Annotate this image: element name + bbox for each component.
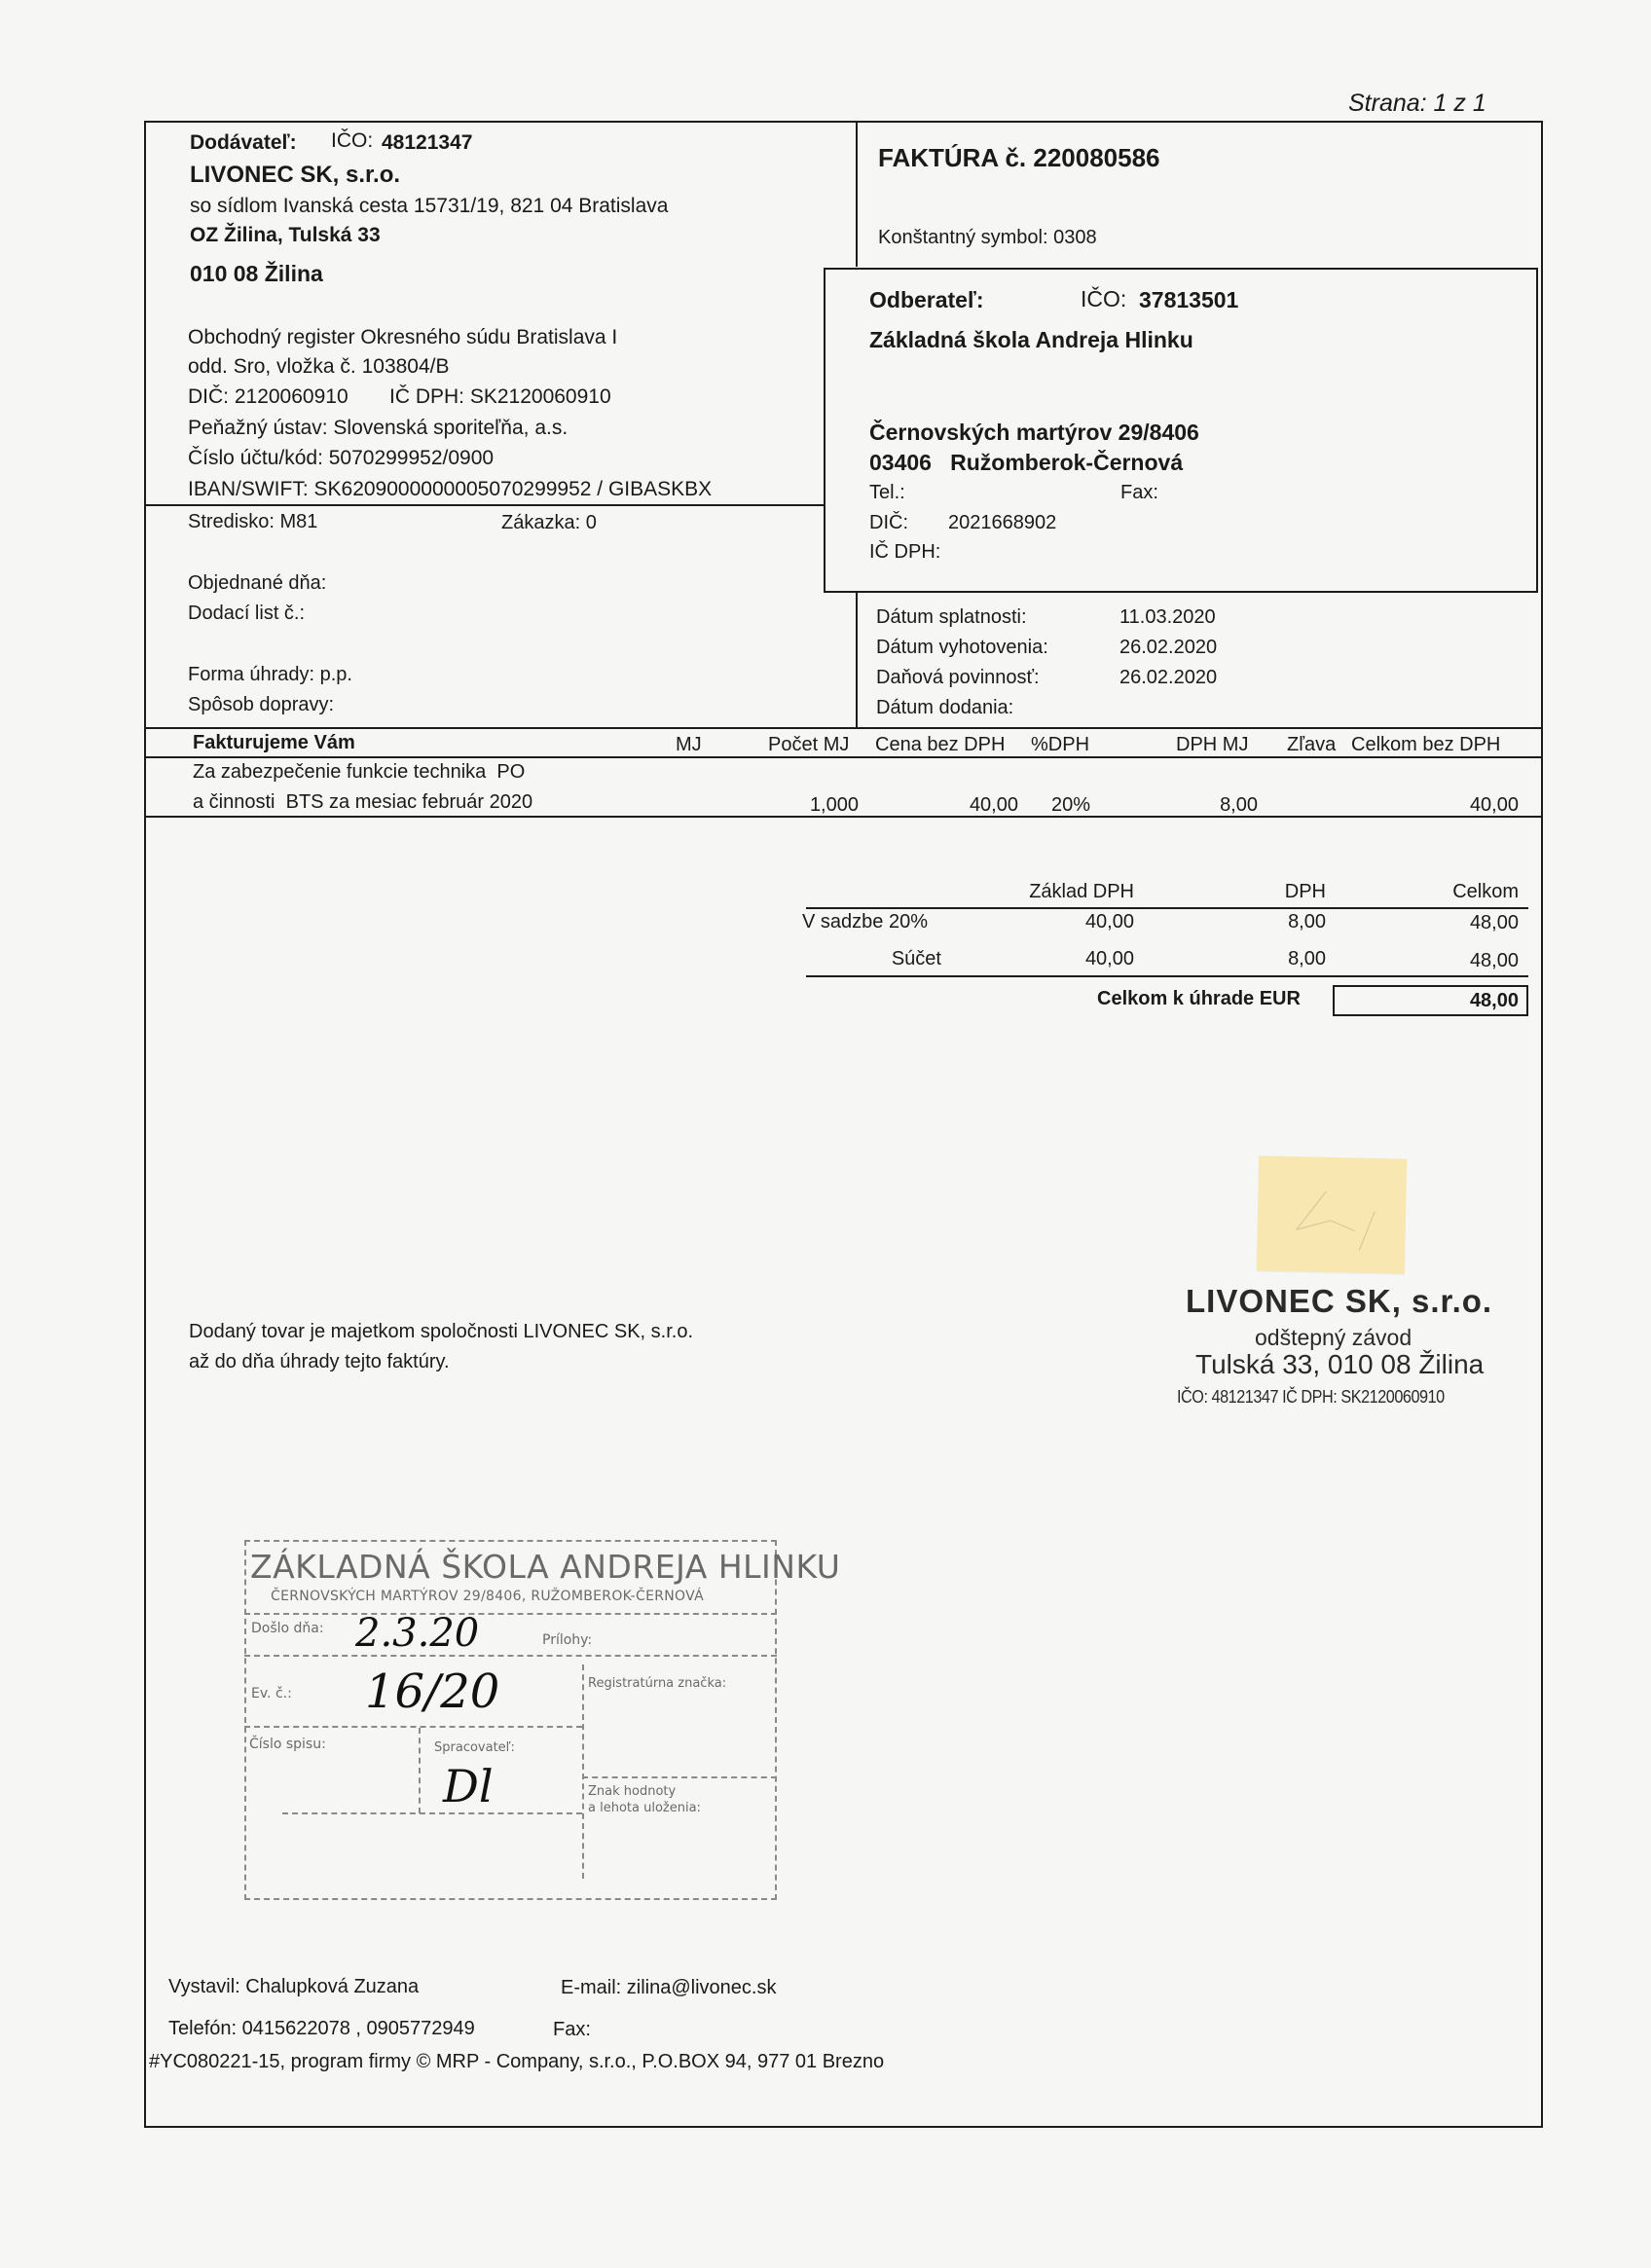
- supplier-account: Číslo účtu/kód: 5070299952/0900: [188, 448, 494, 468]
- date-value-1: 26.02.2020: [1119, 638, 1217, 657]
- contract-number: Zákazka: 0: [501, 513, 597, 532]
- ev-label: Ev. č.:: [251, 1686, 292, 1701]
- ownership-note-1: Dodaný tovar je majetkom spoločnosti LIV…: [189, 1322, 693, 1341]
- company-stamp-subtitle: odštepný závod: [1255, 1325, 1412, 1351]
- school-stamp-line-5: [282, 1812, 582, 1814]
- summary-header-base: Základ DPH: [954, 882, 1134, 901]
- page-indicator: Strana: 1 z 1: [1348, 91, 1486, 116]
- date-value-0: 11.03.2020: [1119, 607, 1216, 627]
- received-label: Došlo dňa:: [251, 1621, 324, 1636]
- customer-tel-label: Tel.:: [869, 483, 905, 502]
- customer-dic: 2021668902: [948, 513, 1056, 532]
- date-label-3: Dátum dodania:: [876, 698, 1013, 717]
- registry-mark-label: Registratúrna značka:: [588, 1676, 726, 1691]
- summary-header-total: Celkom: [1382, 882, 1519, 901]
- file-number-label: Číslo spisu:: [249, 1737, 326, 1752]
- supplier-seat: so sídlom Ivanská cesta 15731/19, 821 04…: [190, 196, 668, 216]
- center-code: Stredisko: M81: [188, 512, 317, 531]
- supplier-label: Dodávateľ:: [190, 132, 297, 153]
- col-description: Fakturujeme Vám: [193, 733, 355, 752]
- summary-row-label-0: V sadzbe 20%: [802, 912, 928, 932]
- summary-row-total-0: 48,00: [1382, 913, 1519, 933]
- supplier-ico-label: IČO:: [331, 130, 373, 151]
- ownership-note-2: až do dňa úhrady tejto faktúry.: [189, 1352, 450, 1372]
- date-value-2: 26.02.2020: [1119, 668, 1217, 687]
- col-vat-pct: %DPH: [1031, 735, 1089, 754]
- company-stamp-address: Tulská 33, 010 08 Žilina: [1195, 1349, 1484, 1380]
- customer-name: Základná škola Andreja Hlinku: [869, 329, 1193, 351]
- customer-ico: 37813501: [1139, 289, 1238, 311]
- col-discount: Zľava: [1287, 735, 1336, 754]
- supplier-branch: OZ Žilina, Tulská 33: [190, 225, 381, 245]
- customer-label: Odberateľ:: [869, 289, 984, 311]
- item-description-1: Za zabezpečenie funkcie technika PO: [193, 762, 525, 782]
- col-vat-unit: DPH MJ: [1176, 735, 1248, 754]
- customer-dic-label: DIČ:: [869, 513, 908, 532]
- supplier-zip-city: 010 08 Žilina: [190, 263, 323, 285]
- customer-ic-dph-label: IČ DPH:: [869, 542, 940, 562]
- value-mark-label-1: Znak hodnoty: [588, 1784, 676, 1799]
- school-stamp-line-4: [582, 1776, 777, 1778]
- delivery-note: Dodací list č.:: [188, 604, 305, 623]
- summary-header-vat: DPH: [1217, 882, 1326, 901]
- table-header-line: [144, 756, 1543, 758]
- col-qty: Počet MJ: [768, 735, 849, 754]
- dates-divider: [856, 593, 858, 729]
- transport-method: Spôsob dopravy:: [188, 695, 334, 714]
- issued-by: Vystavil: Chalupková Zuzana: [168, 1977, 419, 1996]
- ev-value: 16/20: [365, 1664, 499, 1719]
- pencil-scribble-icon: [1257, 1155, 1407, 1273]
- supplier-register-1: Obchodný register Okresného súdu Bratisl…: [188, 327, 617, 348]
- constant-symbol: Konštantný symbol: 0308: [878, 228, 1097, 247]
- supplier-register-2: odd. Sro, vložka č. 103804/B: [188, 356, 450, 377]
- item-total: 40,00: [1382, 795, 1519, 815]
- summary-row-total-1: 48,00: [1382, 951, 1519, 970]
- amount-due-label: Celkom k úhrade EUR: [1097, 989, 1301, 1008]
- software-note: #YC080221-15, program firmy © MRP - Comp…: [149, 2052, 884, 2071]
- attachments-label: Prílohy:: [542, 1632, 592, 1648]
- date-label-2: Daňová povinnosť:: [876, 668, 1040, 687]
- school-stamp-vline-right: [582, 1664, 584, 1879]
- item-vat-pct: 20%: [1051, 795, 1090, 815]
- col-total: Celkom bez DPH: [1351, 735, 1500, 754]
- footer-fax: Fax:: [553, 2020, 591, 2039]
- header-divider: [856, 121, 858, 267]
- supplier-divider: [144, 504, 825, 506]
- value-mark-label-2: a lehota uloženia:: [588, 1801, 701, 1815]
- supplier-name: LIVONEC SK, s.r.o.: [190, 164, 400, 187]
- item-description-2: a činnosti BTS za mesiac február 2020: [193, 792, 532, 812]
- summary-row-base-0: 40,00: [973, 912, 1134, 932]
- school-stamp-line-2: [244, 1655, 777, 1657]
- supplier-ico: 48121347: [382, 132, 472, 153]
- table-top-line: [144, 727, 1543, 729]
- col-unit: MJ: [676, 735, 702, 754]
- date-label-1: Dátum vyhotovenia:: [876, 638, 1048, 657]
- summary-header-line: [806, 907, 1528, 909]
- table-bottom-line: [144, 816, 1543, 818]
- date-label-0: Dátum splatnosti:: [876, 607, 1027, 627]
- item-price: 40,00: [915, 795, 1018, 815]
- col-price: Cena bez DPH: [875, 735, 1005, 754]
- supplier-dic: DIČ: 2120060910: [188, 386, 349, 407]
- item-vat-unit: 8,00: [1168, 795, 1258, 815]
- supplier-bank: Peňažný ústav: Slovenská sporiteľňa, a.s…: [188, 418, 568, 438]
- summary-row-vat-1: 8,00: [1217, 949, 1326, 969]
- amount-due-value: 48,00: [1343, 991, 1519, 1010]
- summary-row-base-1: 40,00: [973, 949, 1134, 969]
- customer-fax-label: Fax:: [1120, 483, 1158, 502]
- supplier-ic-dph: IČ DPH: SK2120060910: [389, 386, 611, 407]
- footer-phone: Telefón: 0415622078 , 0905772949: [168, 2019, 475, 2038]
- supplier-iban: IBAN/SWIFT: SK6209000000005070299952 / G…: [188, 479, 712, 499]
- school-stamp-line-1: [244, 1613, 777, 1615]
- received-value: 2.3.20: [355, 1611, 479, 1656]
- company-stamp-name: LIVONEC SK, s.r.o.: [1186, 1283, 1492, 1320]
- customer-street: Černovských martýrov 29/8406: [869, 421, 1199, 444]
- footer-email: E-mail: zilina@livonec.sk: [561, 1978, 776, 1997]
- customer-ico-label: IČO:: [1081, 288, 1126, 311]
- processor-label: Spracovateľ:: [434, 1740, 515, 1755]
- processor-value: Dl: [443, 1760, 494, 1812]
- summary-row-label-1: Súčet: [802, 949, 941, 969]
- school-stamp-vline-mid: [419, 1728, 421, 1813]
- item-qty: 1,000: [759, 795, 859, 815]
- summary-total-line: [806, 975, 1528, 977]
- company-stamp-ids: IČO: 48121347 IČ DPH: SK2120060910: [1177, 1387, 1445, 1408]
- customer-zip-city: 03406 Ružomberok-Černová: [869, 452, 1183, 474]
- sticky-note: [1257, 1155, 1407, 1273]
- ordered-date: Objednané dňa:: [188, 573, 326, 593]
- school-stamp-line-3: [244, 1726, 582, 1728]
- summary-row-vat-0: 8,00: [1217, 912, 1326, 932]
- school-stamp-title: ZÁKLADNÁ ŠKOLA ANDREJA HLINKU: [250, 1548, 840, 1586]
- school-stamp-address: ČERNOVSKÝCH MARTÝROV 29/8406, RUŽOMBEROK…: [271, 1589, 704, 1604]
- invoice-title: FAKTÚRA č. 220080586: [878, 145, 1160, 170]
- payment-form: Forma úhrady: p.p.: [188, 665, 352, 684]
